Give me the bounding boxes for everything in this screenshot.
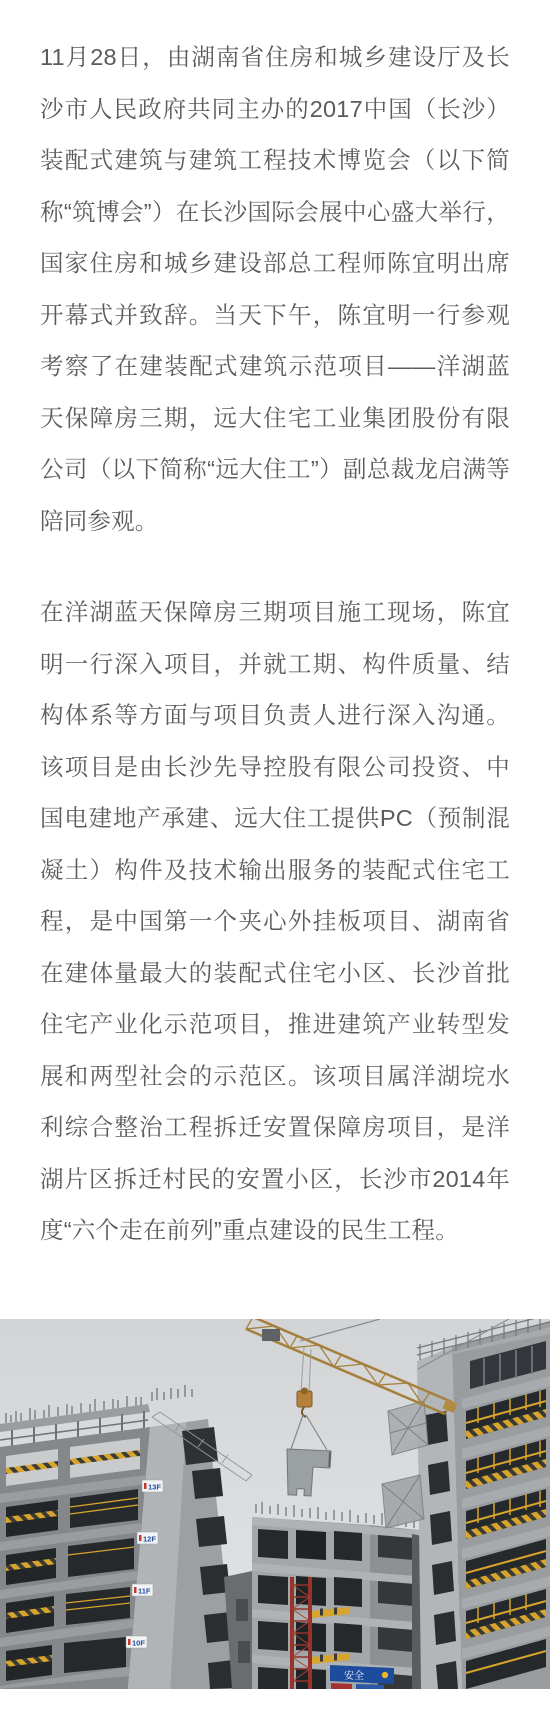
floor-sign-label: 12F bbox=[143, 1535, 156, 1544]
floor-sign-label: 11F bbox=[138, 1587, 151, 1596]
floor-sign: 13F bbox=[142, 1480, 163, 1492]
floor-sign-label: 10F bbox=[132, 1639, 145, 1648]
crane-trolley bbox=[262, 1329, 280, 1341]
center-building: 安全 bbox=[252, 1502, 428, 1689]
article-page: 11月28日，由湖南省住房和城乡建设厅及长沙市人民政府共同主办的2017中国（长… bbox=[0, 0, 550, 1714]
article-body: 11月28日，由湖南省住房和城乡建设厅及长沙市人民政府共同主办的2017中国（长… bbox=[0, 32, 550, 1297]
article-paragraph-2: 在洋湖蓝天保障房三期项目施工现场，陈宜明一行深入项目，并就工期、构件质量、结构体… bbox=[40, 587, 510, 1257]
floor-sign: 10F bbox=[126, 1636, 147, 1648]
suspended-platform bbox=[388, 1401, 428, 1455]
article-paragraph-1: 11月28日，由湖南省住房和城乡建设厅及长沙市人民政府共同主办的2017中国（长… bbox=[40, 32, 510, 547]
article-photo[interactable]: 13F 12F 11F 10F bbox=[0, 1319, 550, 1689]
floor-sign: 12F bbox=[137, 1532, 158, 1544]
construction-photo-illustration: 13F 12F 11F 10F bbox=[0, 1319, 550, 1689]
banner-logo-icon bbox=[382, 1672, 388, 1678]
suspended-platform bbox=[382, 1475, 424, 1528]
floor-sign-label: 13F bbox=[148, 1483, 161, 1492]
safety-banner-text: 安全 bbox=[344, 1669, 364, 1682]
floor-sign: 11F bbox=[132, 1584, 153, 1596]
